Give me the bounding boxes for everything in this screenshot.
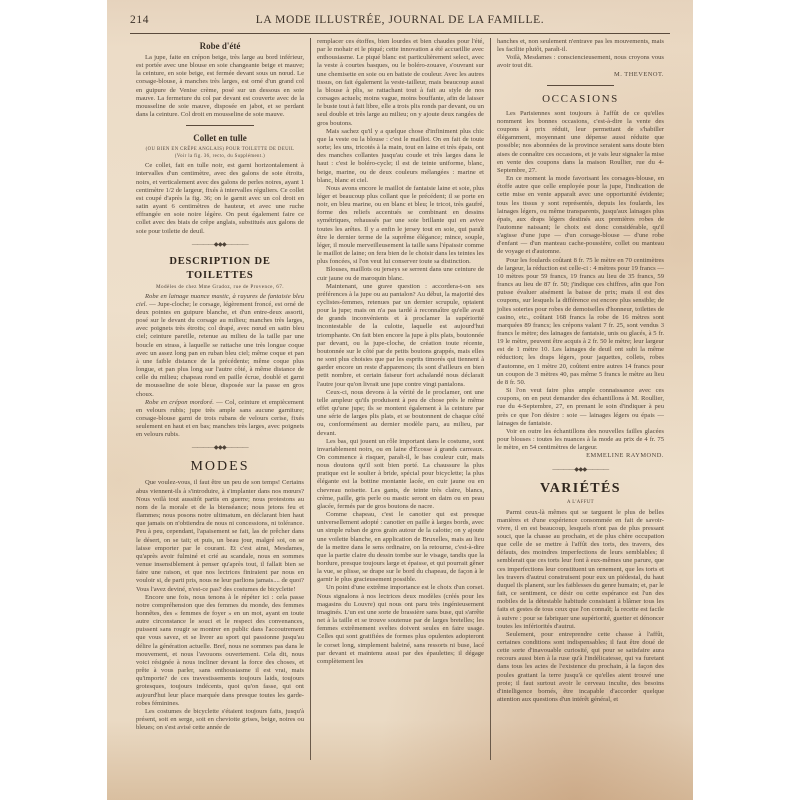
paragraph: Un point d'une extrême importance est le… <box>317 584 484 666</box>
newspaper-page: 214 LA MODE ILLUSTRÉE, JOURNAL DE LA FAM… <box>107 0 693 800</box>
paragraph: La jupe, faite en crépon beige, très lar… <box>136 54 304 119</box>
heading-subtitle: Modèles de chez Mme Gradoz, rue de Prove… <box>136 284 304 291</box>
paragraph: Comme chapeau, c'est le canotier qui est… <box>317 511 484 584</box>
heading-subtitle: (OU BIEN EN CRÊPE ANGLAIS) POUR TOILETTE… <box>136 146 304 153</box>
paragraph: Que voulez-vous, il faut être un peu de … <box>136 479 304 593</box>
paragraph: Encore une fois, nous tenons à le répéte… <box>136 594 304 708</box>
heading-occasions: OCCASIONS <box>497 92 664 107</box>
paragraph: Les bas, qui jouent un rôle important da… <box>317 438 484 511</box>
paragraph: Les Parisiennes sont toujours à l'affût … <box>497 110 664 175</box>
paragraph: Nous avons encore le maillot de fantaisi… <box>317 185 484 267</box>
journal-title: LA MODE ILLUSTRÉE, JOURNAL DE LA FAMILLE… <box>130 14 670 26</box>
paragraph: Ce collet, fait en tulle noir, est garni… <box>136 162 304 235</box>
paragraph: remplacer ces étoffes, bien lourdes et b… <box>317 38 484 128</box>
column-2: remplacer ces étoffes, bien lourdes et b… <box>310 38 490 760</box>
paragraph: Robe en lainage nuance mastic, à rayures… <box>136 293 304 399</box>
dress-description: — Jupe-cloche; le corsage, légèrement fr… <box>136 301 304 398</box>
paragraph: Les costumes de bicyclette s'étaient tou… <box>136 708 304 732</box>
paragraph: Si l'on veut faire plus ample connaissan… <box>497 387 664 428</box>
ornament-divider: ————◆◆◆———— <box>136 444 304 453</box>
paragraph: Blouses, maillots ou jerseys se serrent … <box>317 266 484 282</box>
author-signature: M. THEVENOT. <box>497 71 664 79</box>
paragraph: hanches et, non seulement n'entrave pas … <box>497 38 664 54</box>
heading-description-toilettes: DESCRIPTION DE TOILETTES <box>136 255 304 283</box>
paragraph: Parmi ceux-là mêmes qui se targuent le p… <box>497 509 664 631</box>
paragraph: Ceux-ci, nous devons à la vérité de le p… <box>317 389 484 438</box>
figure-reference: (Voir la fig. 36, recto, du Supplément.) <box>136 153 304 160</box>
dress-name: Robe en crépon mordoré. <box>145 399 214 406</box>
header-rule <box>130 33 670 34</box>
ornament-divider: ————◆◆◆———— <box>136 241 304 250</box>
column-3: hanches et, non seulement n'entrave pas … <box>490 38 670 760</box>
paragraph: Robe en crépon mordoré. — Col, ceinture … <box>136 399 304 440</box>
heading-subtitle: A L'AFFUT <box>497 499 664 506</box>
running-header: 214 LA MODE ILLUSTRÉE, JOURNAL DE LA FAM… <box>130 14 670 32</box>
paragraph: Maintenant, une grave question : accorde… <box>317 283 484 389</box>
section-divider <box>547 85 614 86</box>
paragraph: Seulement, pour entreprendre cette chass… <box>497 631 664 704</box>
paragraph: Pour les foulards coûtant 8 fr. 75 le mè… <box>497 257 664 388</box>
paragraph: Voilà, Mesdames : consciencieusement, no… <box>497 54 664 70</box>
heading-modes: MODES <box>136 458 304 476</box>
heading-robe-ete: Robe d'été <box>136 40 304 52</box>
paragraph: Mais sachez qu'il y a quelque chose d'in… <box>317 128 484 185</box>
paragraph: Voir en outre les échantillons des nouve… <box>497 428 664 452</box>
heading-varietes: VARIÉTÉS <box>497 480 664 498</box>
section-divider <box>186 125 253 126</box>
article-columns: Robe d'été La jupe, faite en crépon beig… <box>130 38 670 760</box>
heading-collet-tulle: Collet en tulle <box>136 132 304 144</box>
column-1: Robe d'été La jupe, faite en crépon beig… <box>130 38 310 760</box>
paragraph: En ce moment la mode favorisant les cors… <box>497 175 664 257</box>
ornament-divider: ————◆◆◆———— <box>497 466 664 475</box>
author-signature: EMMELINE RAYMOND. <box>497 452 664 460</box>
